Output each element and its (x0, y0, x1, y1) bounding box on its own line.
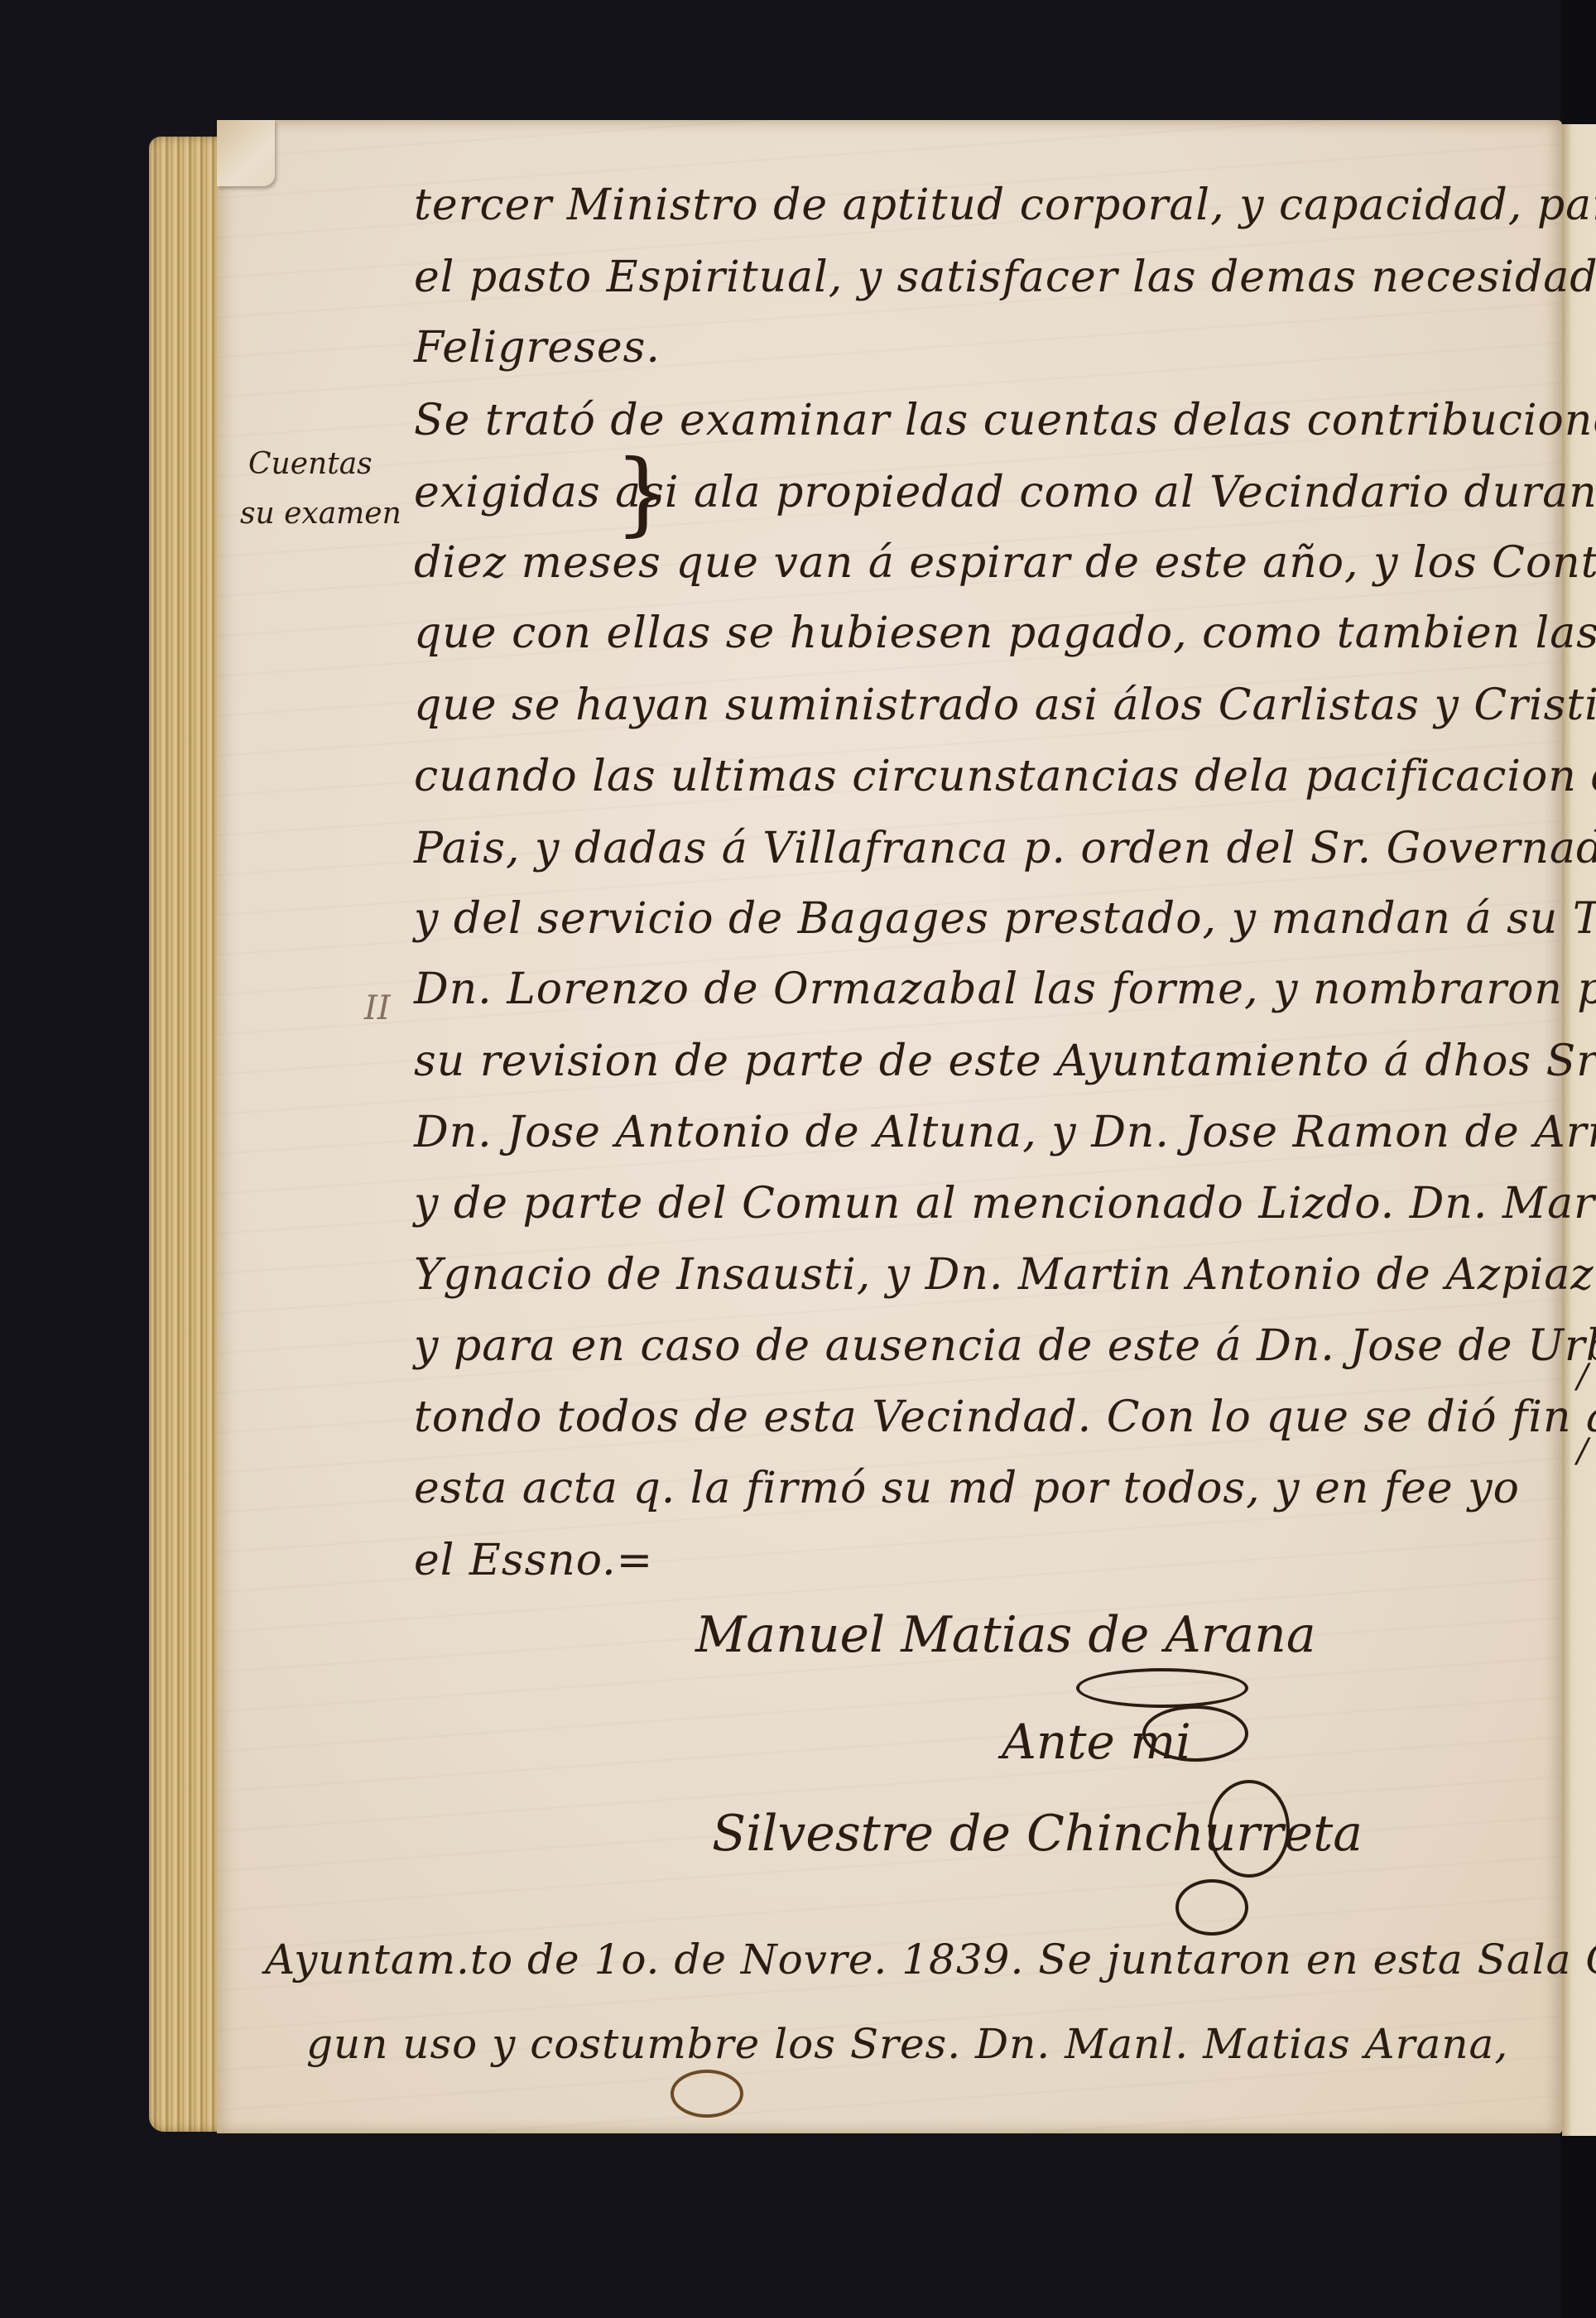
body-line: Feligreses. (414, 323, 661, 373)
next-entry-line: Ayuntam.to de 1o. de Novre. 1839. Se jun… (265, 1936, 1596, 1984)
body-line: el Essno.= (414, 1536, 653, 1585)
folded-corner (217, 120, 275, 186)
signature-rubric (1142, 1705, 1248, 1762)
signature-rubric (1076, 1668, 1248, 1708)
body-line: y para en caso de ausencia de este á Dn.… (414, 1321, 1596, 1371)
body-line: tercer Ministro de aptitud corporal, y c… (414, 180, 1596, 230)
ink-blot-rubric (671, 2070, 743, 2118)
body-line: que con ellas se hubiesen pagado, como t… (414, 608, 1596, 658)
signature-rubric (1175, 1879, 1248, 1936)
body-line: Dn. Lorenzo de Ormazabal las forme, y no… (414, 964, 1596, 1014)
body-line: Pais, y dadas á Villafranca p. orden del… (414, 824, 1596, 873)
body-line: exigidas asi ala propiedad como al Vecin… (414, 468, 1596, 517)
margin-mark: II (364, 989, 391, 1027)
body-line: cuando las ultimas circunstancias dela p… (414, 752, 1596, 801)
body-line: el pasto Espiritual, y satisfacer las de… (414, 252, 1596, 302)
margin-note-line-1: Cuentas (248, 447, 373, 481)
body-line: y de parte del Comun al mencionado Lizdo… (414, 1179, 1596, 1229)
next-entry-line: gun uso y costumbre los Sres. Dn. Manl. … (306, 2020, 1508, 2068)
margin-note-line-2: su examen (240, 497, 401, 531)
body-line: diez meses que van á espirar de este año… (414, 538, 1596, 588)
body-line: tondo todos de esta Vecindad. Con lo que… (414, 1392, 1596, 1442)
body-line: y del servicio de Bagages prestado, y ma… (414, 894, 1596, 944)
body-line: su revision de parte de este Ayuntamient… (414, 1036, 1596, 1086)
signature-manuel-matias-de-arana: Manuel Matias de Arana (695, 1606, 1316, 1664)
signature-rubric (1209, 1780, 1290, 1878)
body-line: esta acta q. la firmó su md por todos, y… (414, 1464, 1520, 1513)
body-line: Se trató de examinar las cuentas delas c… (414, 396, 1596, 445)
body-line: Ygnacio de Insausti, y Dn. Martin Antoni… (414, 1250, 1596, 1300)
body-line: Dn. Jose Antonio de Altuna, y Dn. Jose R… (414, 1108, 1596, 1157)
book-fore-edge (149, 137, 224, 2132)
body-line: que se hayan suministrado asi álos Carli… (414, 680, 1596, 730)
